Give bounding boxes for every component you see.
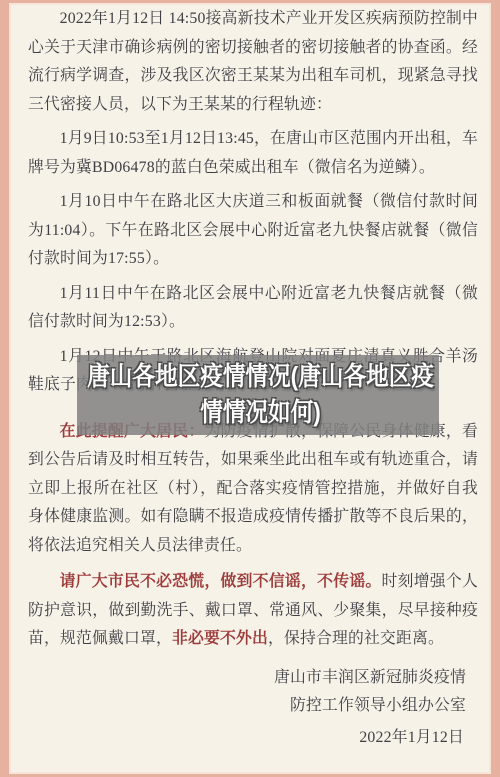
appeal-body-text-2: ，保持合理的社交距离。: [268, 630, 444, 647]
notice-page: 2022年1月12日 14:50接高新技术产业开发区疾病预防控制中心关于天津市确…: [0, 0, 500, 777]
trajectory-paragraph-jan9: 1月9日10:53至1月12日13:45，在唐山市区范围内开出租，车牌号为冀BD…: [28, 125, 478, 182]
page-title: 唐山各地区疫情情况(唐山各地区疫情情况如何): [80, 358, 441, 430]
watermark-title-banner: 唐山各地区疫情情况(唐山各地区疫情情况如何): [77, 355, 439, 435]
signature-date: 2022年1月12日: [28, 724, 466, 753]
appeal-mid-red-text: 非必要不外出: [172, 630, 268, 647]
intro-paragraph: 2022年1月12日 14:50接高新技术产业开发区疾病预防控制中心关于天津市确…: [28, 5, 478, 119]
signature-block: 唐山市丰润区新冠肺炎疫情 防控工作领导小组办公室 2022年1月12日: [28, 664, 478, 753]
reminder-paragraph: 在此提醒广大居民：为防疫情扩散，保障公民身体健康，看到公告后请及时相互转告，如果…: [28, 418, 478, 561]
trajectory-paragraph-jan10: 1月10日中午在路北区大庆道三和板面就餐（微信付款时间为11:04）。下午在路北…: [28, 188, 478, 274]
trajectory-paragraph-jan11: 1月11日中午在路北区会展中心附近富老九快餐店就餐（微信付款时间为12:53）。: [28, 280, 478, 337]
signature-org-line-1: 唐山市丰润区新冠肺炎疫情: [28, 664, 466, 693]
signature-org-line-2: 防控工作领导小组办公室: [28, 692, 466, 721]
appeal-paragraph: 请广大市民不必恐慌，做到不信谣，不传谣。时刻增强个人防护意识，做到勤洗手、戴口罩…: [28, 568, 478, 654]
reminder-body: 为防疫情扩散，保障公民身体健康，看到公告后请及时相互转告，如果乘坐此出租车或有轨…: [28, 423, 478, 554]
appeal-lead-red-text: 请广大市民不必恐慌，做到不信谣，不传谣。: [60, 573, 382, 590]
